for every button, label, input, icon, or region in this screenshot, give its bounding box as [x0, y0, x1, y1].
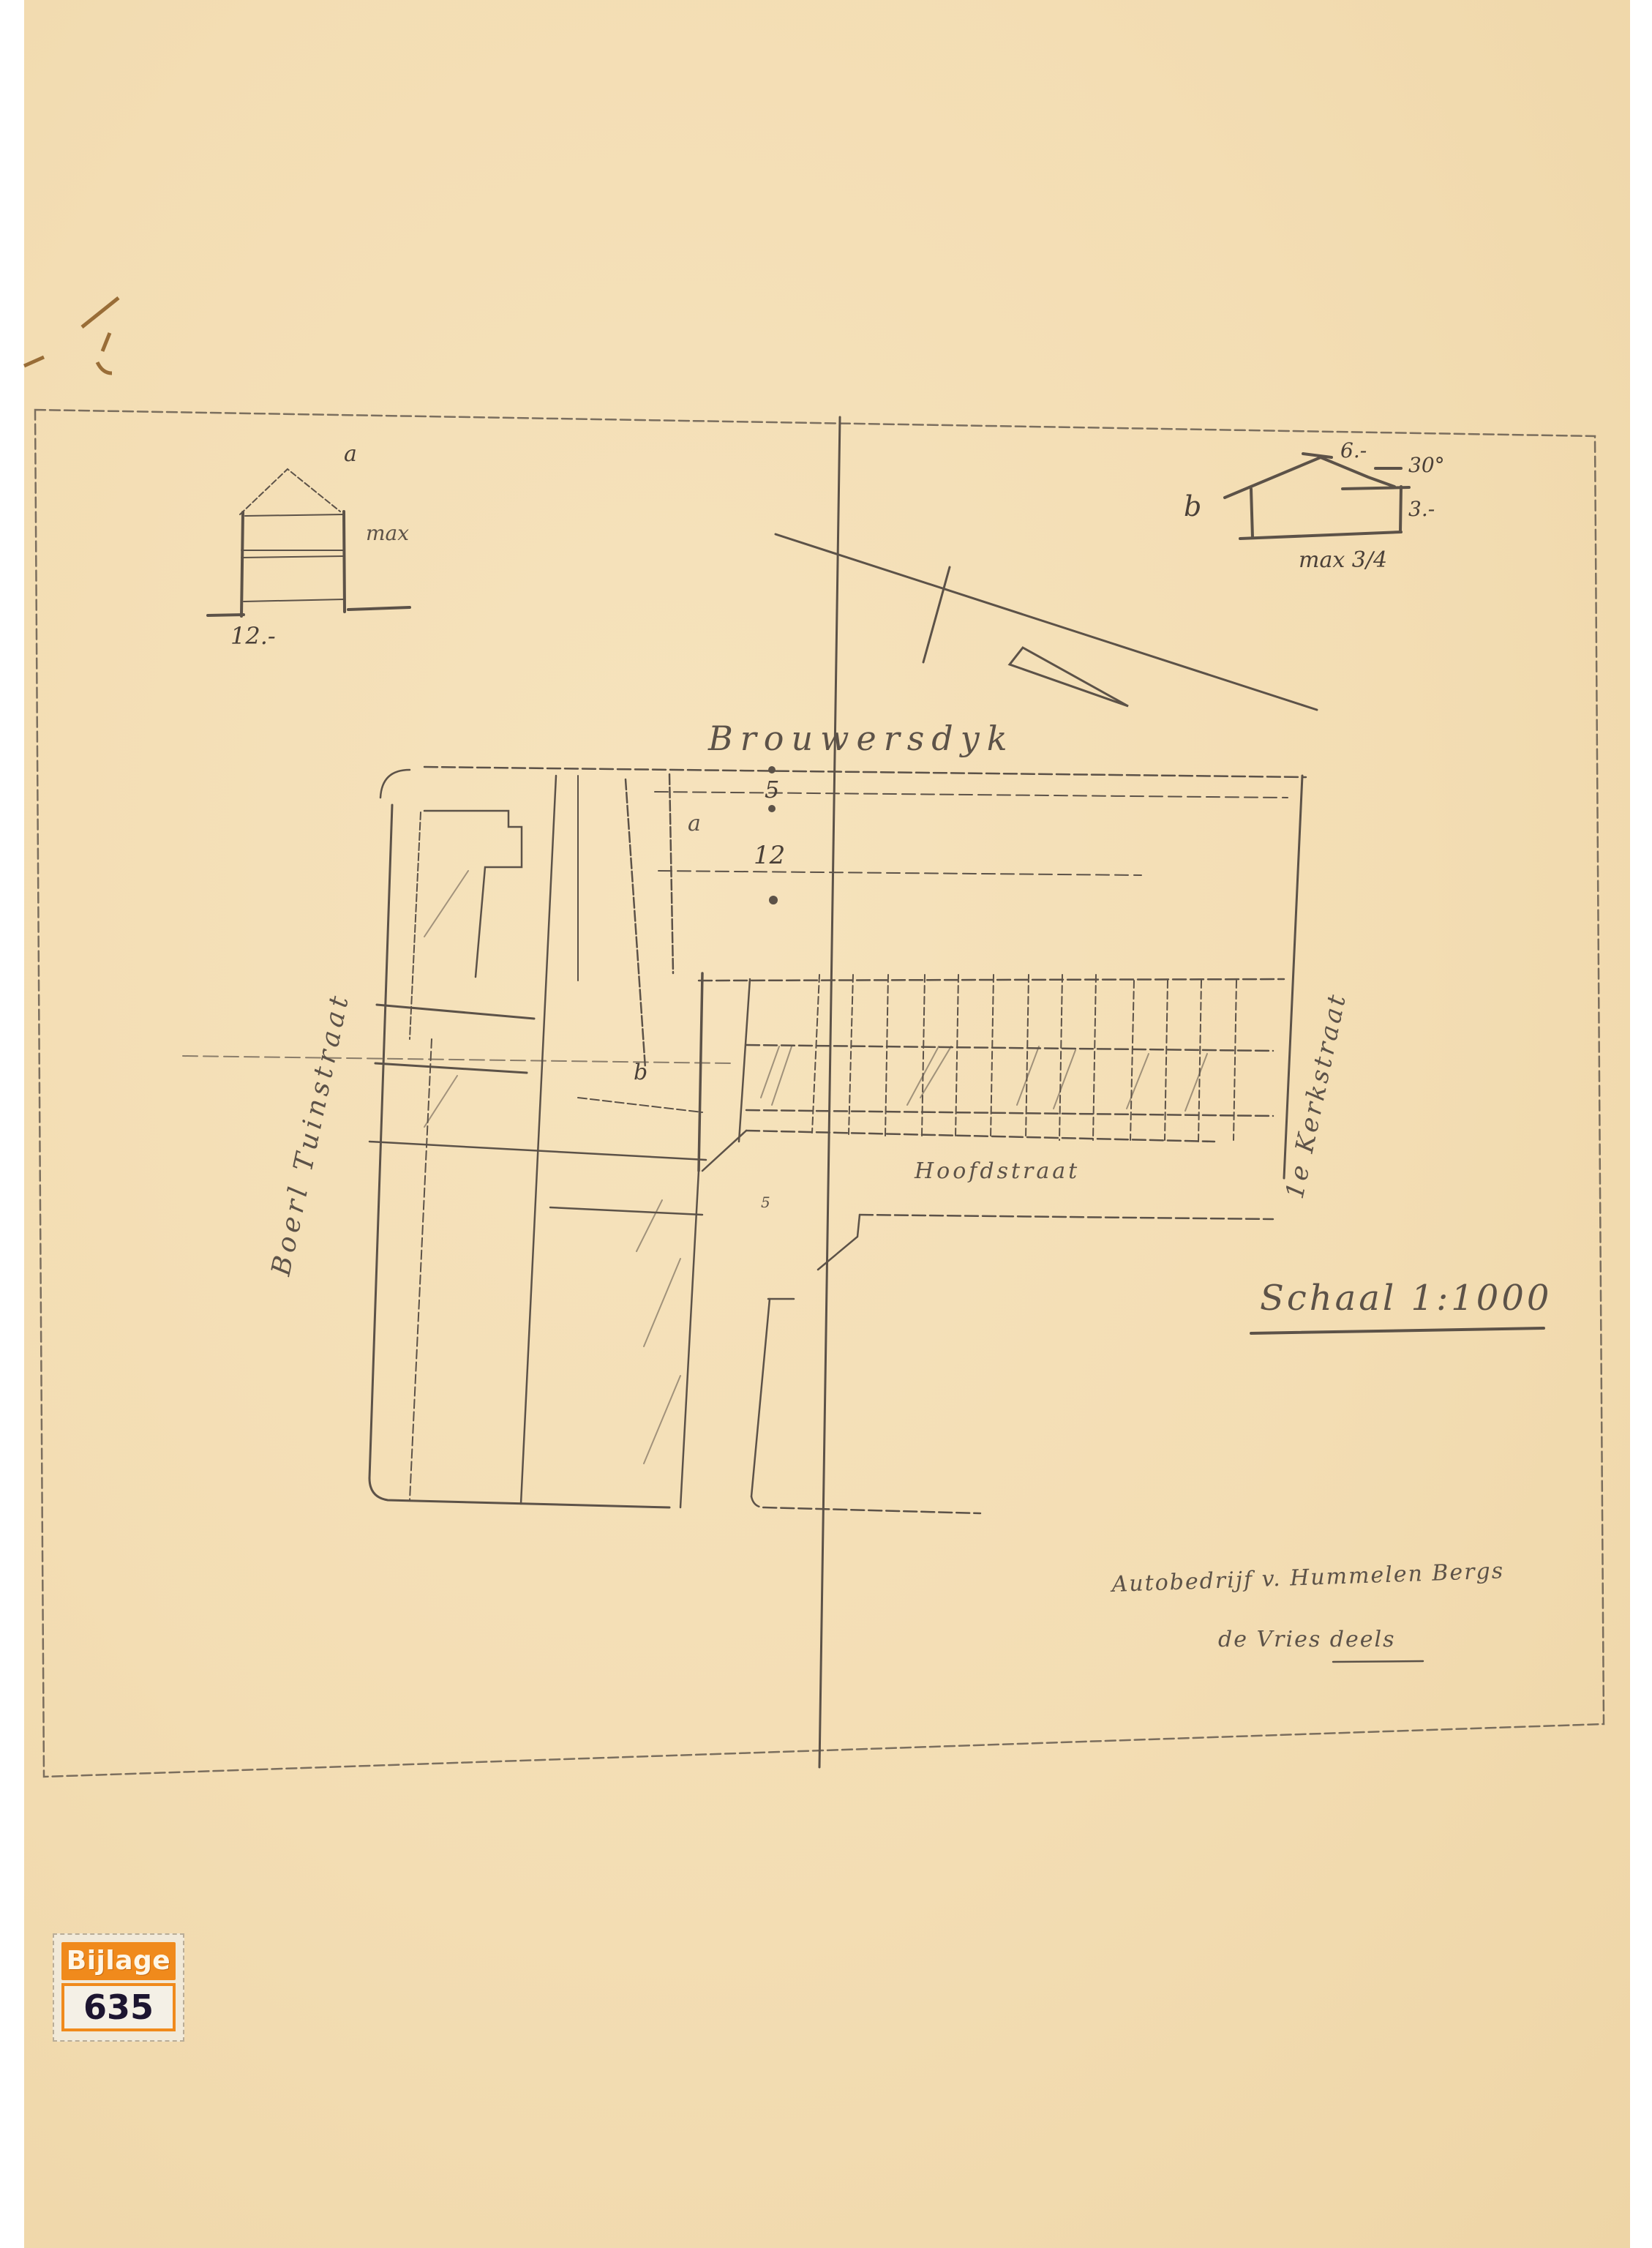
dim-12: 12 [754, 841, 785, 870]
appendix-label-number: 635 [61, 1983, 176, 2031]
marker-small: 5 [761, 1194, 770, 1211]
north-arrow-icon [1010, 648, 1128, 706]
sketch-right-angle: 30° [1408, 453, 1445, 477]
section-sketch-right [1225, 454, 1409, 539]
sketch-right-note: max 3/4 [1299, 547, 1387, 573]
street-label-hoofdstraat: Hoofdstraat [914, 1158, 1080, 1184]
street-label-left: Boerl Tuinstraat [266, 989, 355, 1279]
street-label-brouwersdyk: Brouwersdyk [707, 719, 1015, 758]
appendix-label: Bijlage 635 [53, 1933, 184, 2042]
sketch-left-note: max [366, 521, 409, 545]
scale-title: Schaal 1:1000 [1260, 1278, 1552, 1319]
footer-note-line1: Autobedrijf v. Hummelen Bergs [1109, 1558, 1505, 1597]
sketch-right-height: 3.- [1408, 497, 1435, 521]
footer-note-line2: de Vries deels [1218, 1627, 1395, 1652]
dim-5: 5 [765, 776, 779, 803]
sketch-left-roof-label: a [344, 441, 357, 467]
marker-b: b [634, 1060, 647, 1085]
sketch-right-ridge: 6.- [1340, 438, 1367, 462]
appendix-label-title: Bijlage [61, 1942, 176, 1980]
sketch-left-width: 12.- [230, 622, 276, 650]
site-plan-drawing: Brouwersdyk Hoofdstraat Boerl Tuinstraat… [0, 0, 1652, 2248]
sketch-right-marker: b [1184, 490, 1201, 522]
marker-a: a [688, 811, 701, 836]
